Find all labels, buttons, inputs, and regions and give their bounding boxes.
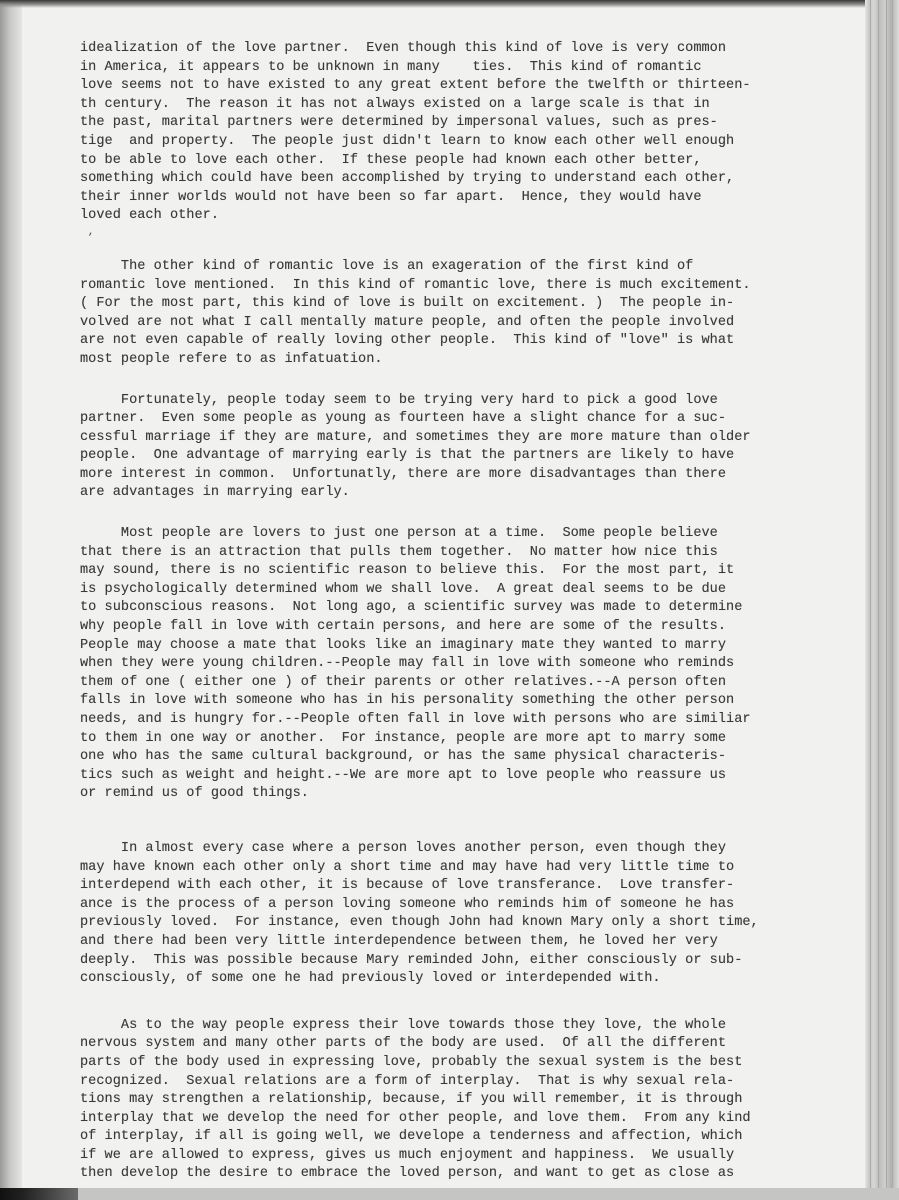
text-line: falls in love with someone who has in hi… xyxy=(80,692,825,711)
text-line: if we are allowed to express, gives us m… xyxy=(80,1147,825,1166)
paragraph-infatuation: The other kind of romantic love is an ex… xyxy=(80,258,825,370)
page-stack-edge xyxy=(865,0,899,1200)
text-line: idealization of the love partner. Even t… xyxy=(80,40,825,59)
text-line: romantic love mentioned. In this kind of… xyxy=(80,277,825,296)
text-line: something which could have been accompli… xyxy=(80,170,825,189)
text-line: of interplay, if all is going well, we d… xyxy=(80,1128,825,1147)
text-line: recognized. Sexual relations are a form … xyxy=(80,1073,825,1092)
bottom-edge xyxy=(0,1188,899,1200)
text-line: is psychologically determined whom we sh… xyxy=(80,581,825,600)
text-line: love seems not to have existed to any gr… xyxy=(80,77,825,96)
text-line: cessful marriage if they are mature, and… xyxy=(80,429,825,448)
stray-ink-mark: , xyxy=(80,226,825,240)
typewritten-page: idealization of the love partner. Even t… xyxy=(80,40,825,1184)
text-line: interdepend with each other, it is becau… xyxy=(80,877,825,896)
text-line: may sound, there is no scientific reason… xyxy=(80,562,825,581)
text-line: most people refere to as infatuation. xyxy=(80,351,825,370)
text-line: The other kind of romantic love is an ex… xyxy=(80,258,825,277)
text-line: people. One advantage of marrying early … xyxy=(80,447,825,466)
text-line: th century. The reason it has not always… xyxy=(80,96,825,115)
paragraph-attraction: Most people are lovers to just one perso… xyxy=(80,525,825,804)
text-line: partner. Even some people as young as fo… xyxy=(80,410,825,429)
text-line: when they were young children.--People m… xyxy=(80,655,825,674)
text-line: consciously, of some one he had previous… xyxy=(80,970,825,989)
text-line: Fortunately, people today seem to be try… xyxy=(80,392,825,411)
text-line: previously loved. For instance, even tho… xyxy=(80,914,825,933)
text-line: them of one ( either one ) of their pare… xyxy=(80,674,825,693)
text-line: loved each other. xyxy=(80,207,825,226)
text-line: parts of the body used in expressing lov… xyxy=(80,1054,825,1073)
text-line: to subconscious reasons. Not long ago, a… xyxy=(80,599,825,618)
text-line: In almost every case where a person love… xyxy=(80,840,825,859)
text-line: tions may strengthen a relationship, bec… xyxy=(80,1091,825,1110)
text-line: then develop the desire to embrace the l… xyxy=(80,1165,825,1184)
text-line: People may choose a mate that looks like… xyxy=(80,637,825,656)
text-line: their inner worlds would not have been s… xyxy=(80,189,825,208)
text-line: volved are not what I call mentally matu… xyxy=(80,314,825,333)
text-line: Most people are lovers to just one perso… xyxy=(80,525,825,544)
top-edge-shadow xyxy=(0,0,899,8)
paragraph-love-transference: In almost every case where a person love… xyxy=(80,840,825,989)
text-line: ance is the process of a person loving s… xyxy=(80,896,825,915)
paragraph-idealization: idealization of the love partner. Even t… xyxy=(80,40,825,226)
text-line: deeply. This was possible because Mary r… xyxy=(80,952,825,971)
text-line: tige and property. The people just didn'… xyxy=(80,133,825,152)
text-line: As to the way people express their love … xyxy=(80,1017,825,1036)
text-line: one who has the same cultural background… xyxy=(80,748,825,767)
text-line: may have known each other only a short t… xyxy=(80,859,825,878)
text-line: to be able to love each other. If these … xyxy=(80,152,825,171)
text-line: that there is an attraction that pulls t… xyxy=(80,544,825,563)
text-line: needs, and is hungry for.--People often … xyxy=(80,711,825,730)
text-line: or remind us of good things. xyxy=(80,785,825,804)
book-gutter-shadow xyxy=(0,0,22,1200)
text-line: interplay that we develop the need for o… xyxy=(80,1110,825,1129)
text-line: why people fall in love with certain per… xyxy=(80,618,825,637)
paragraph-marrying-early: Fortunately, people today seem to be try… xyxy=(80,392,825,504)
text-line: tics such as weight and height.--We are … xyxy=(80,767,825,786)
text-line: in America, it appears to be unknown in … xyxy=(80,59,825,78)
text-line: the past, marital partners were determin… xyxy=(80,114,825,133)
paragraph-expressing-love: As to the way people express their love … xyxy=(80,1017,825,1184)
text-line: are not even capable of really loving ot… xyxy=(80,332,825,351)
text-line: are advantages in marrying early. xyxy=(80,484,825,503)
text-line: nervous system and many other parts of t… xyxy=(80,1035,825,1054)
bottom-left-dark-corner xyxy=(0,1188,78,1200)
text-line: more interest in common. Unfortunatly, t… xyxy=(80,466,825,485)
text-line: ( For the most part, this kind of love i… xyxy=(80,295,825,314)
text-line: to them in one way or another. For insta… xyxy=(80,730,825,749)
text-line: and there had been very little interdepe… xyxy=(80,933,825,952)
